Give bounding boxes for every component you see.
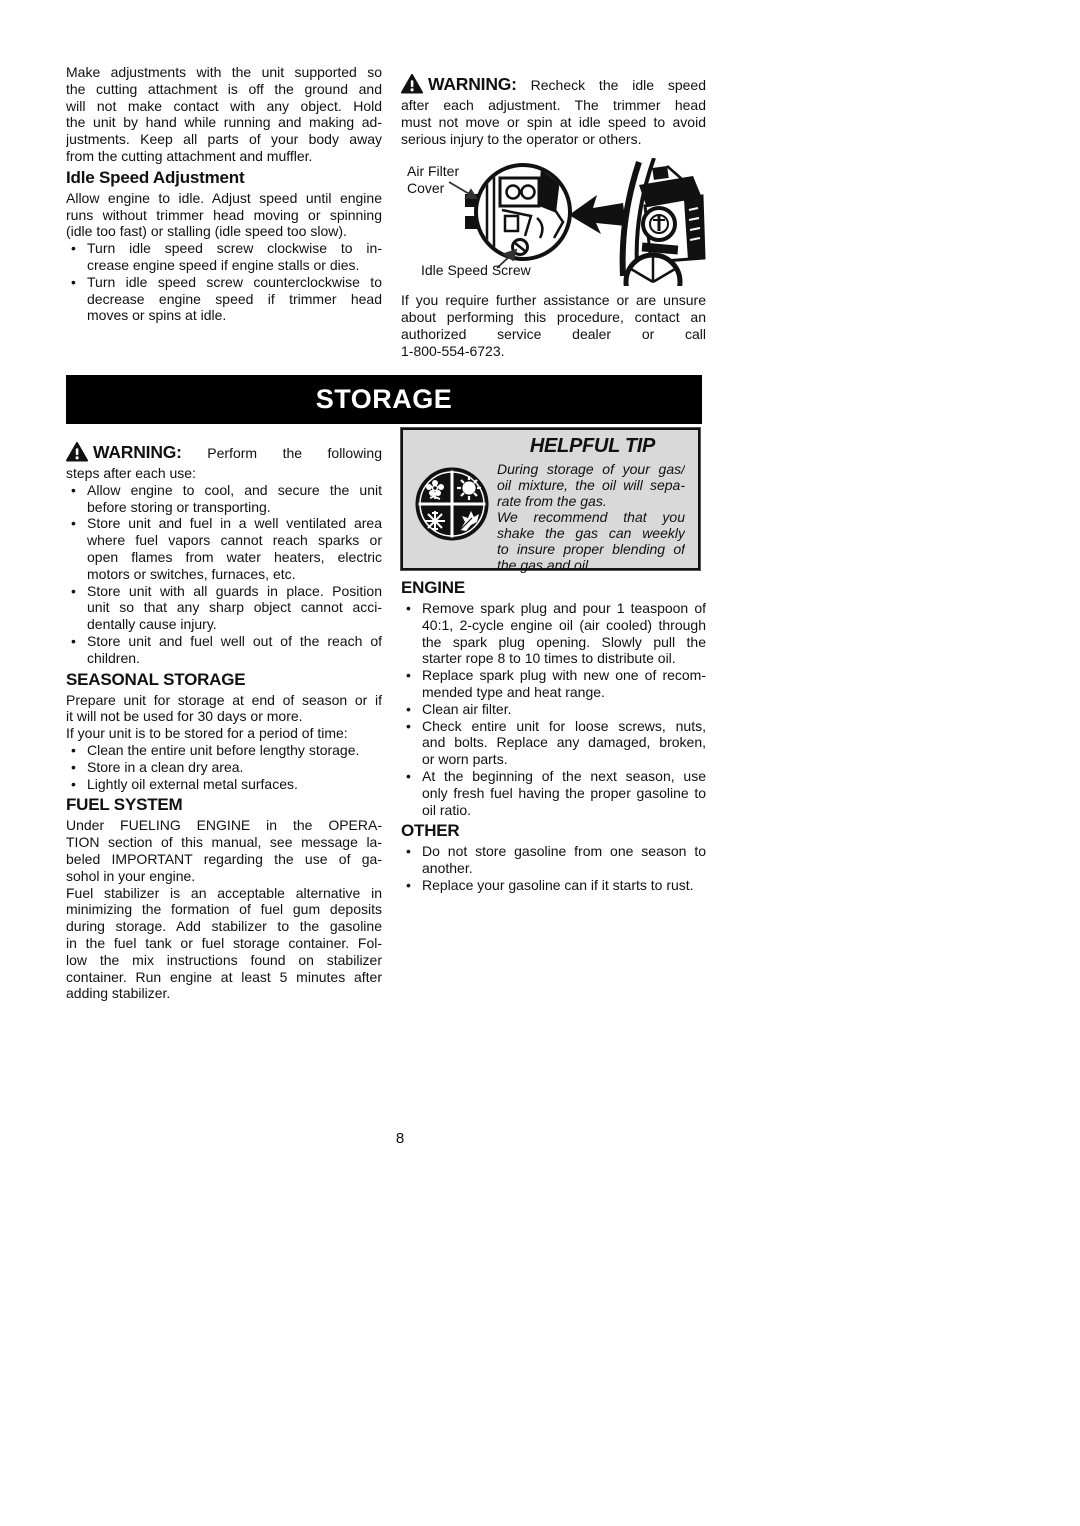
text-line: Remove spark plug and pour 1 teaspoon of bbox=[422, 600, 706, 617]
text-line: will not make contact with any object. H… bbox=[66, 98, 382, 115]
trimmer-engine-drawing bbox=[623, 158, 704, 286]
text-line: where fuel vapors cannot reach sparks or bbox=[87, 532, 382, 549]
text-line: Air Filter bbox=[407, 163, 459, 180]
text-line: If your unit is to be stored for a perio… bbox=[66, 725, 382, 742]
warning-icon-slot bbox=[66, 442, 88, 465]
idle-speed-bullet-list: •Turn idle speed screw clockwise to in-c… bbox=[66, 240, 382, 324]
text-line: Replace your gasoline can if it starts t… bbox=[422, 877, 706, 894]
list-item: •Turn idle speed screw counterclockwise … bbox=[66, 274, 382, 324]
text-line: If you require further assistance or are… bbox=[401, 292, 706, 309]
idle-warning-block: WARNING: Recheck the idle speed after ea… bbox=[401, 72, 706, 147]
warning-paragraph: after each adjustment. The trimmer headm… bbox=[401, 97, 706, 147]
page-number: 8 bbox=[70, 1130, 730, 1147]
bullet-marker: • bbox=[401, 701, 422, 718]
text-line: the cutting attachment is off the ground… bbox=[66, 81, 382, 98]
text-line: container. Run engine at least 5 minutes… bbox=[66, 969, 382, 986]
text-line: or worn parts. bbox=[422, 751, 706, 768]
text-line: justments. Keep all parts of your body a… bbox=[66, 131, 382, 148]
warning-text: Perform the following bbox=[207, 445, 382, 461]
bullet-marker: • bbox=[66, 742, 87, 759]
text-line: Clean air filter. bbox=[422, 701, 706, 718]
callout-arrow bbox=[569, 195, 626, 234]
list-item: •Clean the entire unit before lengthy st… bbox=[66, 742, 382, 759]
bullet-marker: • bbox=[66, 633, 87, 667]
manual-page: Make adjustments with the unit supported… bbox=[0, 0, 1080, 1526]
bullet-marker: • bbox=[401, 843, 422, 877]
bullet-marker: • bbox=[66, 482, 87, 516]
text-line: oil ratio. bbox=[422, 802, 706, 819]
text-line: beled IMPORTANT regarding the use of ga- bbox=[66, 851, 382, 868]
text-line: Store unit with all guards in place. Pos… bbox=[87, 583, 382, 600]
text-line: only fresh fuel having the proper gasoli… bbox=[422, 785, 706, 802]
text-line: At the beginning of the next season, use bbox=[422, 768, 706, 785]
text-line: Cover bbox=[407, 180, 459, 197]
idle-screw-figure: Air FilterCover Idle Speed Screw bbox=[401, 158, 706, 286]
seasonal-storage-heading: SEASONAL STORAGE bbox=[66, 670, 382, 690]
text-line: and bolts. Replace any damaged, broken, bbox=[422, 734, 706, 751]
list-item: •Replace your gasoline can if it starts … bbox=[401, 877, 706, 894]
text-line: Store in a clean dry area. bbox=[87, 759, 382, 776]
bullet-marker: • bbox=[401, 877, 422, 894]
text-line: Turn idle speed screw counterclockwise t… bbox=[87, 274, 382, 291]
text-line: TION section of this manual, see message… bbox=[66, 834, 382, 851]
other-bullet-list: •Do not store gasoline from one season t… bbox=[401, 843, 706, 893]
text-line: 40:1, 2-cycle engine oil (air cooled) th… bbox=[422, 617, 706, 634]
text-line: Lightly oil external metal surfaces. bbox=[87, 776, 382, 793]
list-item: •At the beginning of the next season, us… bbox=[401, 768, 706, 818]
text-line: unit so that any sharp object cannot acc… bbox=[87, 599, 382, 616]
fuel-paragraph-1: Under FUELING ENGINE in the OPERA-TION s… bbox=[66, 817, 382, 884]
text-line: Fuel stabilizer is an acceptable alterna… bbox=[66, 885, 382, 902]
warning-text: Recheck the idle speed bbox=[531, 77, 706, 93]
text-line: shake the gas can weekly bbox=[497, 525, 685, 541]
text-line: Clean the entire unit before lengthy sto… bbox=[87, 742, 382, 759]
text-line: We recommend that you bbox=[497, 509, 685, 525]
text-line: children. bbox=[87, 650, 382, 667]
list-item: •Replace spark plug with new one of reco… bbox=[401, 667, 706, 701]
engine-bullet-list: •Remove spark plug and pour 1 teaspoon o… bbox=[401, 600, 706, 818]
text-line: to insure proper blending of bbox=[497, 541, 685, 557]
text-line: Prepare unit for storage at end of seaso… bbox=[66, 692, 382, 709]
text-line: serious injury to the operator or others… bbox=[401, 131, 706, 148]
warning-icon-slot bbox=[401, 74, 423, 97]
list-item: •Do not store gasoline from one season t… bbox=[401, 843, 706, 877]
bullet-marker: • bbox=[66, 240, 87, 274]
storage-right-column: HELPFUL TIP bbox=[401, 428, 706, 894]
bullet-marker: • bbox=[66, 583, 87, 633]
seasonal-bullet-list: •Clean the entire unit before lengthy st… bbox=[66, 742, 382, 792]
helpful-tip-box: HELPFUL TIP bbox=[401, 428, 700, 570]
text-line: (idle too fast) or stalling (idle speed … bbox=[66, 223, 382, 240]
text-line: after each adjustment. The trimmer head bbox=[401, 97, 706, 114]
bullet-marker: • bbox=[401, 667, 422, 701]
storage-warning-block: WARNING: Perform the following steps aft… bbox=[66, 440, 382, 482]
warning-paragraph: steps after each use: bbox=[66, 465, 382, 482]
text-line: the gas and oil. bbox=[497, 557, 685, 573]
warning-label: WARNING: bbox=[428, 74, 517, 94]
text-line: motors or switches, furnaces, etc. bbox=[87, 566, 382, 583]
text-line: runs without trimmer head moving or spin… bbox=[66, 207, 382, 224]
text-line: the spark plug opening. Slowly pull the bbox=[422, 634, 706, 651]
text-line: steps after each use: bbox=[66, 465, 382, 482]
warning-first-line: WARNING: Recheck the idle speed bbox=[401, 72, 706, 97]
text-line: moves or spins at idle. bbox=[87, 307, 382, 324]
fuel-system-heading: FUEL SYSTEM bbox=[66, 795, 382, 815]
text-line: Check entire unit for loose screws, nuts… bbox=[422, 718, 706, 735]
text-line: During storage of your gas/ bbox=[497, 461, 685, 477]
warning-triangle-icon bbox=[66, 442, 88, 462]
storage-left-column: WARNING: Perform the following steps aft… bbox=[66, 440, 382, 1002]
text-line: adding stabilizer. bbox=[66, 985, 382, 1002]
idle-speed-screw-label: Idle Speed Screw bbox=[421, 262, 531, 278]
engine-heading: ENGINE bbox=[401, 578, 706, 598]
text-line: Make adjustments with the unit supported… bbox=[66, 64, 382, 81]
text-line: rate from the gas. bbox=[497, 493, 685, 509]
list-item: •Store unit and fuel well out of the rea… bbox=[66, 633, 382, 667]
after-use-bullet-list: •Allow engine to cool, and secure the un… bbox=[66, 482, 382, 667]
text-line: during storage. Add stabilizer to the ga… bbox=[66, 918, 382, 935]
list-item: •Allow engine to cool, and secure the un… bbox=[66, 482, 382, 516]
bullet-marker: • bbox=[401, 600, 422, 667]
text-line: Store unit and fuel in a well ventilated… bbox=[87, 515, 382, 532]
list-item: •Clean air filter. bbox=[401, 701, 706, 718]
text-line: the unit by hand while running and makin… bbox=[66, 114, 382, 131]
helpful-tip-text: During storage of your gas/oil mixture, … bbox=[497, 461, 685, 573]
text-line: sohol in your engine. bbox=[66, 868, 382, 885]
bullet-marker: • bbox=[401, 718, 422, 768]
text-line: Under FUELING ENGINE in the OPERA- bbox=[66, 817, 382, 834]
bullet-marker: • bbox=[66, 274, 87, 324]
helpful-tip-title: HELPFUL TIP bbox=[403, 435, 698, 458]
list-item: •Remove spark plug and pour 1 teaspoon o… bbox=[401, 600, 706, 667]
text-line: low the mix instructions found on stabil… bbox=[66, 952, 382, 969]
list-item: •Turn idle speed screw clockwise to in-c… bbox=[66, 240, 382, 274]
text-line: crease engine speed if engine stalls or … bbox=[87, 257, 382, 274]
list-item: •Store unit and fuel in a well ventilate… bbox=[66, 515, 382, 582]
text-line: another. bbox=[422, 860, 706, 877]
bullet-marker: • bbox=[66, 776, 87, 793]
four-seasons-icon bbox=[414, 466, 490, 542]
adjustment-intro-paragraph: Make adjustments with the unit supported… bbox=[66, 64, 382, 165]
text-line: 1-800-554-6723. bbox=[401, 343, 706, 360]
text-line: mended type and heat range. bbox=[422, 684, 706, 701]
assistance-paragraph: If you require further assistance or are… bbox=[401, 292, 706, 359]
text-line: must not move or spin at idle speed to a… bbox=[401, 114, 706, 131]
warning-first-line: WARNING: Perform the following bbox=[66, 440, 382, 465]
text-line: before storing or transporting. bbox=[87, 499, 382, 516]
adjustment-left-column: Make adjustments with the unit supported… bbox=[66, 64, 382, 324]
text-line: Turn idle speed screw clockwise to in- bbox=[87, 240, 382, 257]
text-line: Allow engine to idle. Adjust speed until… bbox=[66, 190, 382, 207]
text-line: from the cutting attachment and muffler. bbox=[66, 148, 382, 165]
text-line: dentally cause injury. bbox=[87, 616, 382, 633]
seasonal-paragraph-1: Prepare unit for storage at end of seaso… bbox=[66, 692, 382, 726]
snowflake-glyph bbox=[425, 511, 445, 531]
adjustment-right-column: WARNING: Recheck the idle speed after ea… bbox=[401, 72, 706, 360]
text-line: Store unit and fuel well out of the reac… bbox=[87, 633, 382, 650]
air-filter-cover-label: Air FilterCover bbox=[407, 163, 459, 197]
seasonal-paragraph-2: If your unit is to be stored for a perio… bbox=[66, 725, 382, 742]
bullet-marker: • bbox=[401, 768, 422, 818]
text-line: in the fuel tank or fuel storage contain… bbox=[66, 935, 382, 952]
text-line: Allow engine to cool, and secure the uni… bbox=[87, 482, 382, 499]
text-line: about performing this procedure, contact… bbox=[401, 309, 706, 326]
storage-section-banner: STORAGE bbox=[66, 375, 702, 424]
text-line: minimizing the formation of fuel gum dep… bbox=[66, 901, 382, 918]
warning-triangle-icon bbox=[401, 74, 423, 94]
text-line: open flames from water heaters, electric bbox=[87, 549, 382, 566]
text-line: oil mixture, the oil will sepa- bbox=[497, 477, 685, 493]
text-line: decrease engine speed if trimmer head bbox=[87, 291, 382, 308]
other-heading: OTHER bbox=[401, 821, 706, 841]
text-line: Replace spark plug with new one of recom… bbox=[422, 667, 706, 684]
fuel-paragraph-2: Fuel stabilizer is an acceptable alterna… bbox=[66, 885, 382, 1003]
tip-paragraph-1: During storage of your gas/oil mixture, … bbox=[497, 461, 685, 509]
warning-label: WARNING: bbox=[93, 442, 182, 462]
text-line: authorized service dealer or call bbox=[401, 326, 706, 343]
text-line: it will not be used for 30 days or more. bbox=[66, 708, 382, 725]
tip-paragraph-2: We recommend that youshake the gas can w… bbox=[497, 509, 685, 573]
bullet-marker: • bbox=[66, 759, 87, 776]
text-line: starter rope 8 to 10 times to distribute… bbox=[422, 650, 706, 667]
idle-speed-adjustment-heading: Idle Speed Adjustment bbox=[66, 168, 382, 188]
list-item: •Check entire unit for loose screws, nut… bbox=[401, 718, 706, 768]
list-item: •Store unit with all guards in place. Po… bbox=[66, 583, 382, 633]
list-item: •Lightly oil external metal surfaces. bbox=[66, 776, 382, 793]
bullet-marker: • bbox=[66, 515, 87, 582]
text-line: Do not store gasoline from one season to bbox=[422, 843, 706, 860]
idle-speed-paragraph: Allow engine to idle. Adjust speed until… bbox=[66, 190, 382, 240]
list-item: •Store in a clean dry area. bbox=[66, 759, 382, 776]
